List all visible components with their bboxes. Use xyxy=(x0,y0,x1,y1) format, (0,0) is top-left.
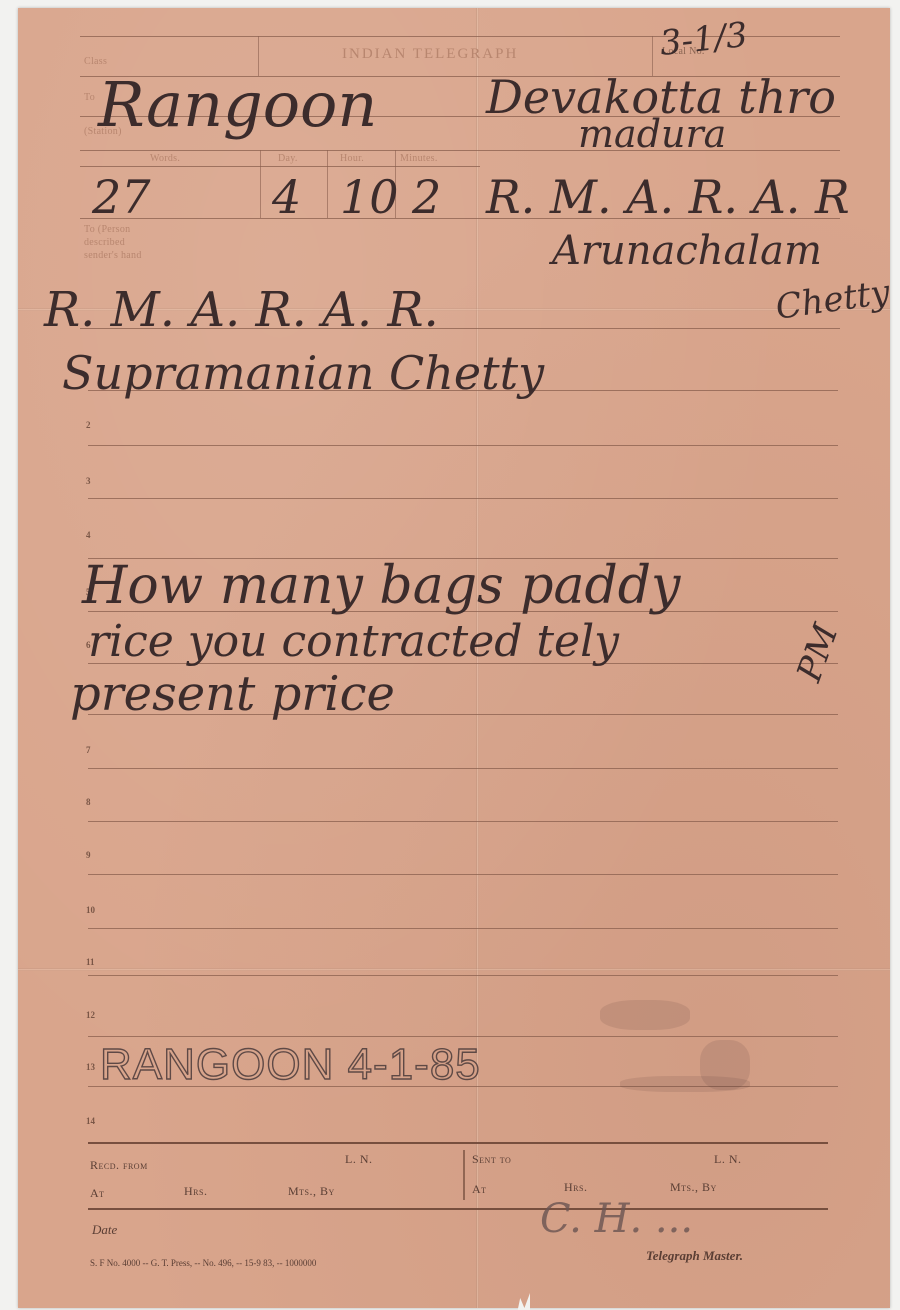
line-number: 7 xyxy=(86,745,91,755)
handwritten-sender-initials: R. M. A. R. A. R. xyxy=(44,282,439,338)
handwritten-message-line-3: present price xyxy=(70,666,395,722)
header-divider xyxy=(260,150,261,218)
body-rule xyxy=(88,874,838,875)
handwritten-sender-name: Supramanian Chetty xyxy=(62,346,544,400)
body-rule xyxy=(88,821,838,822)
line-number: 8 xyxy=(86,797,91,807)
body-rule xyxy=(88,975,838,976)
handwritten-words-count: 27 xyxy=(92,170,151,224)
to-label: To xyxy=(84,92,95,103)
handwritten-message-line-1: How many bags paddy xyxy=(82,556,680,616)
address-block-label: sender's hand xyxy=(84,250,142,261)
line-number: 9 xyxy=(86,850,91,860)
handwritten-recipient-initials: R. M. A. R. A. R xyxy=(486,170,850,224)
line-number: 13 xyxy=(86,1062,95,1072)
hrs-right-label: Hrs. xyxy=(564,1180,587,1195)
hrs-left-label: Hrs. xyxy=(184,1184,207,1199)
handwritten-to-station-line2: madura xyxy=(578,112,726,156)
paper-tear xyxy=(516,1293,530,1310)
body-rule xyxy=(88,768,838,769)
ln-right-label: L. N. xyxy=(714,1152,742,1167)
telegraph-master-signature: C. H. ... xyxy=(540,1196,693,1242)
handwritten-from-station: Rangoon xyxy=(98,68,377,141)
horizontal-fold-crease xyxy=(18,968,890,971)
header-rule xyxy=(80,166,480,167)
body-rule xyxy=(88,1036,838,1037)
mts-by-left-label: Mts., By xyxy=(288,1184,335,1199)
sent-to-label: Sent to xyxy=(472,1152,511,1167)
at-right-label: At xyxy=(472,1182,487,1197)
footer-rule xyxy=(88,1208,828,1210)
handwritten-minutes: 2 xyxy=(412,170,441,224)
mts-by-right-label: Mts., By xyxy=(670,1180,717,1195)
footer-divider xyxy=(463,1150,465,1200)
hour-label: Hour. xyxy=(340,153,364,164)
line-number: 4 xyxy=(86,530,91,540)
handwritten-hour: 10 xyxy=(340,170,399,224)
body-rule xyxy=(88,498,838,499)
form-title: INDIAN TELEGRAPH xyxy=(342,46,518,63)
date-label: Date xyxy=(92,1222,117,1238)
day-label: Day. xyxy=(278,153,298,164)
handwritten-recipient-name: Arunachalam xyxy=(552,228,822,274)
address-block-label: described xyxy=(84,237,125,248)
recd-from-label: Recd. from xyxy=(90,1158,148,1173)
postmark-smudge xyxy=(600,1000,690,1030)
words-label: Words. xyxy=(150,153,180,164)
line-number: 3 xyxy=(86,476,91,486)
handwritten-day: 4 xyxy=(272,170,301,224)
telegraph-master-label: Telegraph Master. xyxy=(646,1248,743,1264)
line-number: 11 xyxy=(86,957,95,967)
body-rule xyxy=(88,445,838,446)
body-rule xyxy=(88,928,838,929)
rangoon-postmark: RANGOON 4-1-85 xyxy=(100,1040,481,1090)
line-number: 2 xyxy=(86,420,91,430)
ln-left-label: L. N. xyxy=(345,1152,373,1167)
at-left-label: At xyxy=(90,1186,105,1201)
line-number: 14 xyxy=(86,1116,95,1126)
header-divider xyxy=(327,150,328,218)
handwritten-message-line-2: rice you contracted tely xyxy=(88,616,619,667)
class-label: Class xyxy=(84,56,107,67)
footer-rule xyxy=(88,1142,828,1144)
line-number: 12 xyxy=(86,1010,95,1020)
postmark-smudge xyxy=(620,1076,750,1092)
minutes-label: Minutes. xyxy=(400,153,438,164)
to-person-label: To (Person xyxy=(84,224,130,235)
line-number: 10 xyxy=(86,905,95,915)
press-imprint: S. F No. 4000 -- G. T. Press, -- No. 496… xyxy=(90,1258,316,1268)
